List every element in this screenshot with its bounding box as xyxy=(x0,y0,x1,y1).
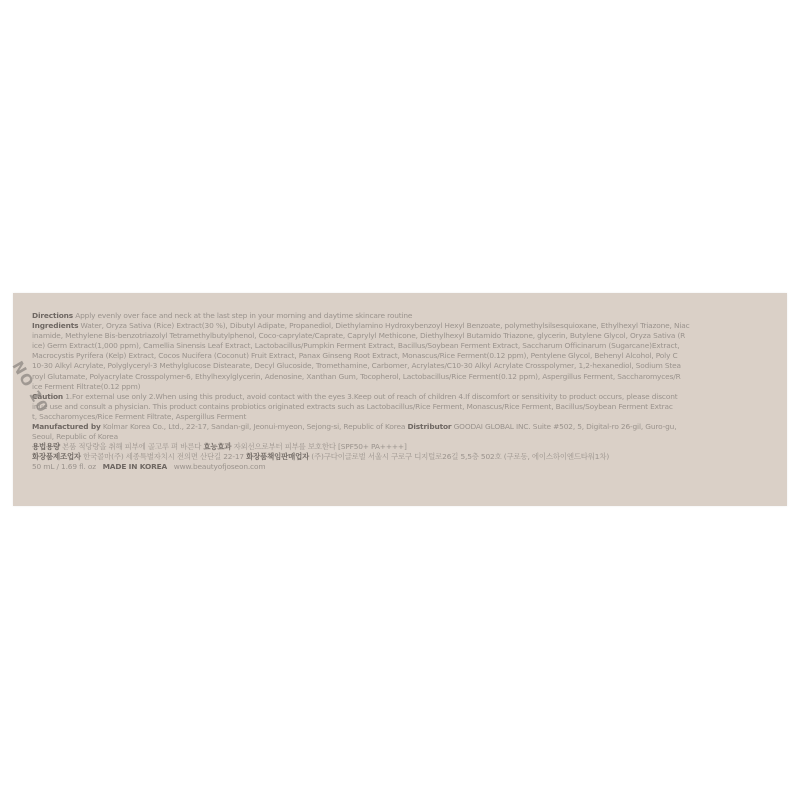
manufacturer-label: Manufactured by xyxy=(32,422,101,431)
footer-line: 50 mL / 1.69 fl. oz MADE IN KOREA www.be… xyxy=(32,462,774,472)
korean-maker-line: 화장품제조업자 한국콜마(주) 세종특별자치시 전의면 산단길 22-17 화장… xyxy=(32,452,774,462)
origin-text: MADE IN KOREA xyxy=(103,462,168,471)
usage-label: 용법용량 xyxy=(32,442,60,451)
manufacturer-line-2: Seoul, Republic of Korea xyxy=(32,432,774,442)
ingredients-line: Macrocystis Pyrifera (Kelp) Extract, Coc… xyxy=(32,351,774,361)
caution-text: 1.For external use only 2.When using thi… xyxy=(65,392,677,401)
caution-line: Caution 1.For external use only 2.When u… xyxy=(32,392,774,402)
seller-label: 화장품책임판매업자 xyxy=(246,452,309,461)
caution-line: inue use and consult a physician. This p… xyxy=(32,402,774,412)
directions-line: Directions Apply evenly over face and ne… xyxy=(32,311,774,321)
effect-text: 자외선으로부터 피부를 보호한다 [SPF50+ PA++++] xyxy=(234,442,407,451)
directions-label: Directions xyxy=(32,311,73,320)
ingredients-line: ice Ferment Filtrate(0.12 ppm) xyxy=(32,382,774,392)
ingredients-line: inamide, Methylene Bis-benzotriazolyl Te… xyxy=(32,331,774,341)
usage-text: 본품 적당량을 취해 피부에 골고루 펴 바른다 xyxy=(62,442,201,451)
product-label-text: Directions Apply evenly over face and ne… xyxy=(32,311,774,473)
maker-label: 화장품제조업자 xyxy=(32,452,81,461)
maker-text: 한국콜마(주) 세종특별자치시 전의면 산단길 22-17 xyxy=(83,452,244,461)
ingredients-line: Ingredients Water, Oryza Sativa (Rice) E… xyxy=(32,321,774,331)
volume-text: 50 mL / 1.69 fl. oz xyxy=(32,462,96,471)
korean-usage-line: 용법용량 본품 적당량을 취해 피부에 골고루 펴 바른다 효능효과 자외선으로… xyxy=(32,442,774,452)
manufacturer-text: Kolmar Korea Co., Ltd., 22-17, Sandan-gi… xyxy=(103,422,405,431)
distributor-text: GOODAI GLOBAL INC. Suite #502, 5, Digita… xyxy=(454,422,677,431)
manufacturer-line: Manufactured by Kolmar Korea Co., Ltd., … xyxy=(32,422,774,432)
directions-text: Apply evenly over face and neck at the l… xyxy=(75,311,412,320)
ingredients-label: Ingredients xyxy=(32,321,78,330)
ingredients-line: ice) Germ Extract(1,000 ppm), Camellia S… xyxy=(32,341,774,351)
seller-text: (주)구다이글로벌 서울시 구로구 디지털로26길 5,5층 502호 (구로동… xyxy=(311,452,609,461)
ingredients-line: royl Glutamate, Polyacrylate Crosspolyme… xyxy=(32,372,774,382)
ingredients-line: 10-30 Alkyl Acrylate, Polyglyceryl-3 Met… xyxy=(32,361,774,371)
distributor-label: Distributor xyxy=(407,422,451,431)
caution-line: t, Saccharomyces/Rice Ferment Filtrate, … xyxy=(32,412,774,422)
website-text: www.beautyofjoseon.com xyxy=(174,462,266,471)
effect-label: 효능효과 xyxy=(203,442,231,451)
ingredients-text: Water, Oryza Sativa (Rice) Extract(30 %)… xyxy=(81,321,690,330)
